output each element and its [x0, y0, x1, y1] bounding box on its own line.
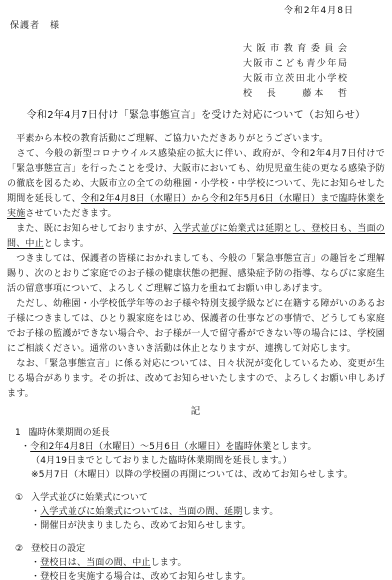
section-number: ①	[15, 493, 23, 503]
document-title: 令和2年4月7日付け「緊急事態宣言」を受けた対応について（お知らせ）	[0, 108, 392, 123]
text-run: 平素から本校の教育活動にご理解、ご協力いただきありがとうございます。	[7, 134, 328, 144]
text-run: つきましては、保護者の皆様におかれましても、今般の「緊急事態宣言」の趣旨をご理解…	[7, 254, 385, 294]
document-page: 令和2年4月8日 保護者 様 大阪市教育委員会大阪市こども青少年局大阪市立茨田北…	[0, 0, 392, 580]
text-run: します。	[242, 507, 278, 517]
section-item: ・開催日が決まりましたら、改めてお知らせします。	[31, 519, 385, 533]
text-run: とします。	[44, 239, 89, 249]
document-body: 平素から本校の教育活動にご理解、ご協力いただきありがとうございます。 さて、今般…	[0, 123, 392, 402]
section-title: 臨時休業期間の延長	[29, 428, 110, 438]
text-run: ・	[21, 442, 30, 452]
section-heading: ②登校日の設定	[15, 542, 385, 556]
sender-line: 大阪市こども青少年局	[243, 57, 347, 72]
section-number: ②	[15, 544, 23, 554]
sender-line: 校 長 藤本 哲	[243, 87, 347, 102]
section-title: 登校日の設定	[31, 544, 85, 554]
notice-section: ②登校日の設定・登校日は、当面の間、中止します。・登校日を実施する場合は、改めて…	[7, 542, 385, 580]
body-paragraph: つきましては、保護者の皆様におかれましても、今般の「緊急事態宣言」の趣旨をご理解…	[7, 252, 385, 297]
text-run: ・	[31, 558, 40, 568]
section-item: （4月19日までとしておりました臨時休業期間を延長します。）	[31, 454, 385, 468]
sender-line: 大阪市立茨田北小学校	[243, 72, 347, 87]
section-item: ・登校日は、当面の間、中止します。	[31, 556, 385, 570]
section-item: ・登校日を実施する場合は、改めてお知らせします。	[31, 570, 385, 580]
document-date: 令和2年4月8日	[0, 0, 392, 19]
text-run: （4月19日までとしておりました臨時休業期間を延長します。）	[31, 456, 292, 466]
underlined-text: 入学式並びに始業式については、当面の間、延期	[40, 507, 242, 517]
text-run: また、既にお知らせしておりますが、	[7, 224, 173, 234]
text-run: ・開催日が決まりましたら、改めてお知らせします。	[31, 521, 251, 531]
section-title: 入学式並びに始業式について	[31, 493, 148, 503]
text-run: ※5月7日（木曜日）以降の学校園の再開については、改めてお知らせします。	[31, 470, 353, 480]
ki-marker: 記	[0, 405, 392, 419]
text-run: ・登校日を実施する場合は、改めてお知らせします。	[31, 572, 251, 580]
notice-section: 1臨時休業期間の延長・令和2年4月8日（水曜日）～5月6日（水曜日）を臨時休業と…	[7, 426, 385, 482]
body-paragraph: なお、「緊急事態宣言」に係る対応については、日々状況が変化しているため、変更が生…	[7, 357, 385, 402]
section-item: ・入学式並びに始業式については、当面の間、延期します。	[31, 505, 385, 519]
text-run: させていただきます。	[25, 209, 116, 219]
underlined-text: 登校日は、当面の間、中止	[40, 558, 150, 568]
text-run: ・	[31, 507, 40, 517]
sender-block: 大阪市教育委員会大阪市こども青少年局大阪市立茨田北小学校校 長 藤本 哲	[243, 42, 347, 102]
notice-section: ①入学式並びに始業式について・入学式並びに始業式については、当面の間、延期します…	[7, 491, 385, 533]
notice-sections: 1臨時休業期間の延長・令和2年4月8日（水曜日）～5月6日（水曜日）を臨時休業と…	[0, 426, 392, 580]
body-paragraph: さて、今般の新型コロナウイルス感染症の拡大に伴い、政府が、令和2年4月7日付けで…	[7, 147, 385, 222]
text-run: とします。	[271, 442, 316, 452]
recipient: 保護者 様	[0, 19, 392, 34]
section-heading: ①入学式並びに始業式について	[15, 491, 385, 505]
section-heading: 1臨時休業期間の延長	[15, 426, 385, 440]
section-item: ※5月7日（木曜日）以降の学校園の再開については、改めてお知らせします。	[31, 468, 385, 482]
text-run: ただし、幼稚園・小学校低学年等のお子様や特別支援学級などに在籍する障がいのあるお…	[7, 299, 385, 354]
section-number: 1	[15, 428, 21, 438]
section-item: ・令和2年4月8日（水曜日）～5月6日（水曜日）を臨時休業とします。	[21, 440, 385, 454]
text-run: します。	[151, 558, 187, 568]
body-paragraph: ただし、幼稚園・小学校低学年等のお子様や特別支援学級などに在籍する障がいのあるお…	[7, 297, 385, 357]
body-paragraph: 平素から本校の教育活動にご理解、ご協力いただきありがとうございます。	[7, 132, 385, 147]
text-run: なお、「緊急事態宣言」に係る対応については、日々状況が変化しているため、変更が生…	[7, 359, 385, 399]
underlined-text: 令和2年4月8日（水曜日）～5月6日（水曜日）を臨時休業	[30, 442, 271, 452]
body-paragraph: また、既にお知らせしておりますが、入学式並びに始業式は延期とし、登校日も、当面の…	[7, 222, 385, 252]
sender-line: 大阪市教育委員会	[243, 42, 347, 57]
